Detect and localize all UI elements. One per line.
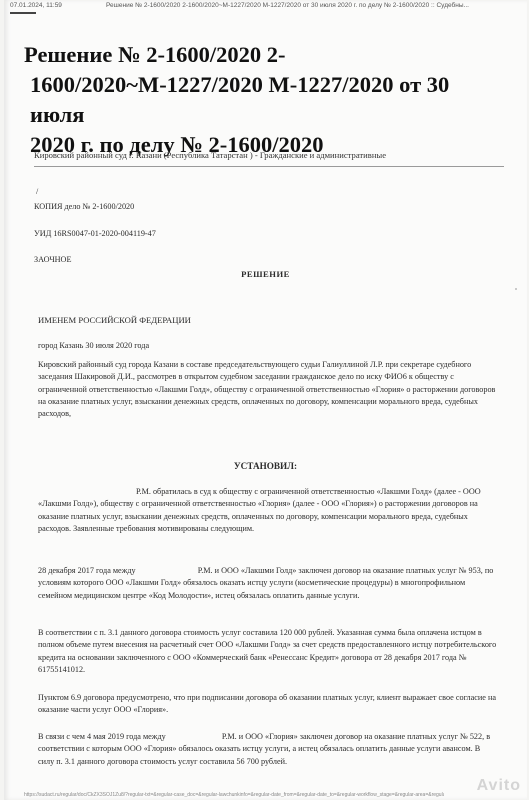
claim-text: Р.М. обратилась в суд к обществу с огран…: [38, 487, 481, 533]
contract1-paragraph: 28 декабря 2017 года между Р.М. и ООО «Л…: [38, 565, 498, 602]
title-line-2: 1600/2020~М-1227/2020 М-1227/2020 от 30 …: [24, 70, 504, 130]
handwritten-mark: /: [36, 186, 38, 198]
header-rule: [10, 12, 36, 14]
in-the-name-line: ИМЕНЕМ РОССИЙСКОЙ ФЕДЕРАЦИИ: [38, 314, 191, 326]
case-copy-line: КОПИЯ дело № 2-1600/2020: [34, 201, 134, 213]
clause-paragraph: Пунктом 6.9 договора предусмотрено, что …: [38, 692, 498, 717]
decision-type: ЗАОЧНОЕ: [34, 254, 71, 266]
contract2-start: В связи с чем 4 мая 2019 года между: [38, 732, 166, 741]
cost-paragraph: В соответствии с п. 3.1 данного договора…: [38, 627, 498, 676]
print-datetime: 07.01.2024, 11:59: [10, 2, 62, 9]
scanned-page: 07.01.2024, 11:59 Решение № 2-1600/2020 …: [4, 0, 527, 800]
print-page-title: Решение № 2-1600/2020 2-1600/2020~М-1227…: [106, 2, 469, 9]
page-title: Решение № 2-1600/2020 2- 1600/2020~М-122…: [24, 40, 504, 160]
case-uid: УИД 16RS0047-01-2020-004119-47: [34, 228, 156, 240]
print-header: 07.01.2024, 11:59 Решение № 2-1600/2020 …: [10, 2, 527, 14]
contract1-start: 28 декабря 2017 года между: [38, 566, 136, 575]
title-line-1: Решение № 2-1600/2020 2-: [24, 42, 286, 67]
decision-heading: РЕШЕНИЕ: [4, 268, 527, 280]
court-category-line: Кировский районный суд г. Казани (Респуб…: [34, 150, 504, 167]
scan-speck: [515, 288, 517, 290]
intro-paragraph: Кировский районный суд города Казани в с…: [38, 359, 498, 420]
established-heading: УСТАНОВИЛ:: [4, 460, 527, 472]
avito-watermark: Avito: [477, 777, 521, 795]
print-footer-url: https://sudact.ru/regular/doc/CkZX3SOJ1Z…: [24, 792, 444, 798]
contract2-paragraph: В связи с чем 4 мая 2019 года между Р.М.…: [38, 731, 498, 768]
place-date-line: город Казань 30 июля 2020 года: [38, 340, 149, 352]
claim-paragraph: Р.М. обратилась в суд к обществу с огран…: [38, 486, 498, 535]
